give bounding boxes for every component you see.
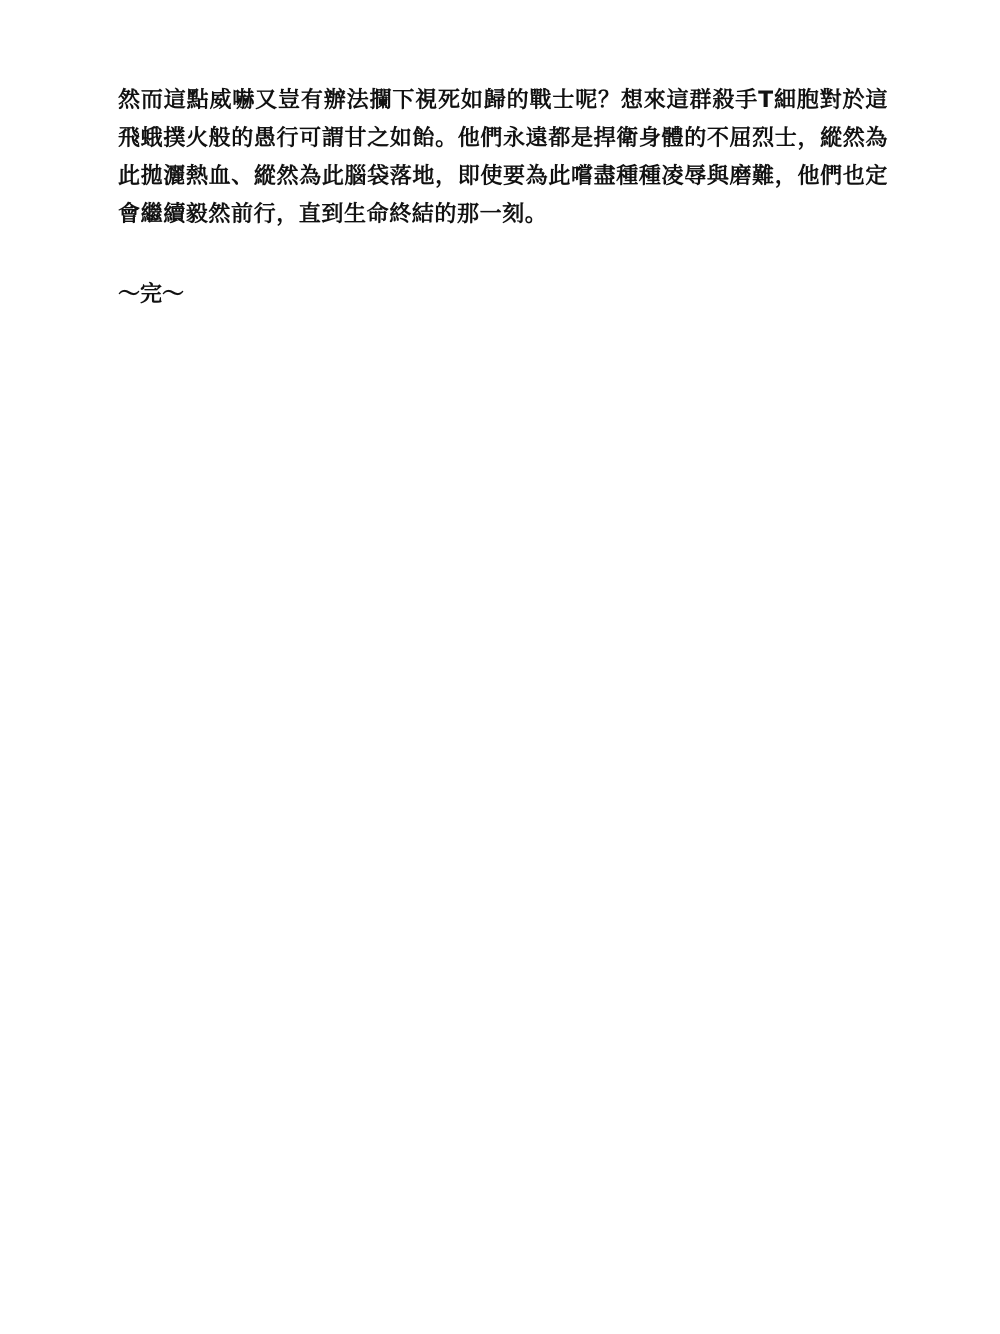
body-paragraph: 然而這點威嚇又豈有辦法攔下視死如歸的戰士呢？想來這群殺手T細胞對於這飛蛾撲火般的… bbox=[118, 82, 888, 234]
document-page: 然而這點威嚇又豈有辦法攔下視死如歸的戰士呢？想來這群殺手T細胞對於這飛蛾撲火般的… bbox=[118, 82, 888, 314]
ending-mark: ～完～ bbox=[118, 276, 888, 314]
